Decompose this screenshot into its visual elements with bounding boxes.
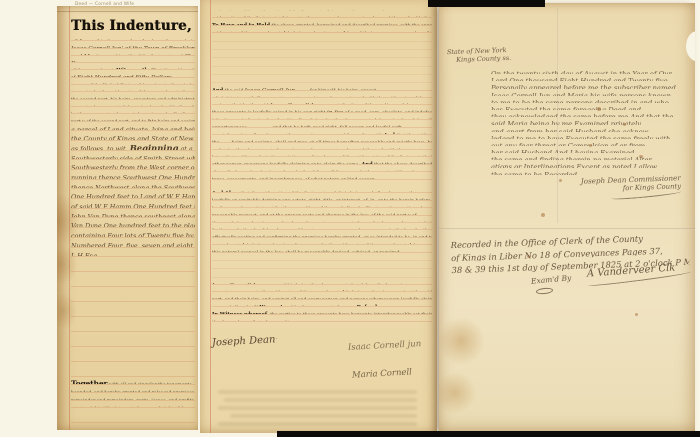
- acknowledgment-page: State of New York Kings County ss. On th…: [439, 3, 695, 431]
- pen-oval-flourish: [536, 287, 554, 295]
- text-line: effectually vesting and confirming the p…: [212, 230, 432, 237]
- text-line: Together with all and singular the tenem…: [71, 377, 195, 385]
- text-line: the County of Kings and State of New Yor: [71, 131, 195, 141]
- deed-page-left: This Indenture, made the Tw of August in…: [57, 6, 198, 430]
- scan-artifact-bar-top: [428, 0, 545, 7]
- text-line: running thence Southwest One Hundred fee…: [71, 170, 195, 180]
- text-line: containing Four lots of Twenty five by O…: [71, 228, 195, 238]
- text-segment: said Maria being by me Examined privatel…: [491, 120, 641, 124]
- text-line: And the said Isaac Cornell Jun —— for hi…: [212, 83, 432, 90]
- foxing-spot: [559, 179, 562, 182]
- text-line: ations or Interlineations Except as note…: [491, 160, 691, 167]
- foxing-spot: [527, 255, 530, 258]
- text-segment: taxes, assessments, and incumbrances, of…: [212, 178, 413, 179]
- text-line: bounded, and hereby granted and released…: [71, 385, 195, 393]
- ink-bleed-mark: [230, 414, 417, 418]
- text-line: said part y of the second part, his heir…: [212, 26, 432, 33]
- text-line: the —— heirs and assigns, shall and may,…: [212, 135, 432, 142]
- text-line: they acknowledged the same before me And…: [491, 110, 691, 117]
- text-line: presents, by the said part y of the seco…: [71, 85, 195, 92]
- ink-bleed-mark: [218, 406, 417, 410]
- text-line: her said Husband And I having Examined: [491, 146, 691, 153]
- text-line: [212, 58, 432, 66]
- text-line: and enjoy the above granted premises, an…: [212, 143, 432, 150]
- text-segment: the day and year first above written.: [212, 321, 297, 322]
- text-line: And Also, that the said parties of the f…: [212, 186, 432, 193]
- text-line: [71, 408, 195, 423]
- signature-maria-cornell: Maria Cornell: [352, 367, 412, 380]
- signature-joseph-dean: Joseph Dean: [212, 334, 276, 348]
- scan-artifact-bar-bottom: [277, 431, 700, 437]
- text-line: of Eight Hundred and Fifty Dollars: [71, 70, 195, 77]
- text-line: and Maria —— his wife of the first part,…: [71, 49, 195, 56]
- text-line: One Hundred feet to Land of W E Hamm th: [71, 189, 195, 199]
- text-line: Isaac Cornell Jun' of the Town of Brookl…: [71, 41, 195, 48]
- foxing-spot: [623, 123, 626, 126]
- text-segment: the same to be Recorded: [491, 171, 577, 175]
- text-segment: ations or Interlineations Except as note…: [491, 163, 657, 167]
- text-line: [212, 261, 432, 269]
- text-line: of said W E Hamm One Hundred feet northe…: [71, 199, 195, 209]
- text-line: clear, discharged and unincumbered, of a…: [212, 165, 432, 172]
- text-line: Personally appeared before me the subscr…: [491, 81, 691, 88]
- text-line: [71, 347, 195, 362]
- text-line: [212, 33, 432, 41]
- text-line: of the second part, Witnesseth, That the…: [71, 63, 195, 70]
- ink-bleed-mark: [218, 422, 417, 426]
- text-line: these presents is lawfully seized in his…: [212, 105, 432, 112]
- indenture-heading: This Indenture, made the Tw: [71, 15, 195, 34]
- text-line: Van Dyne One hundred feet to the place o…: [71, 218, 195, 228]
- text-segment: Personally appeared before me the subscr…: [491, 84, 676, 88]
- foxing-spot: [635, 313, 638, 316]
- ink-bleed-mark: [218, 390, 417, 394]
- foxing-spot: [597, 107, 601, 111]
- text-line: [212, 42, 432, 50]
- text-line: [71, 287, 195, 302]
- torn-edge-notch: [684, 30, 695, 61]
- foxing-spot: [639, 155, 643, 158]
- text-line: reasonable request, and at the proper co…: [212, 208, 432, 215]
- text-line: [71, 302, 195, 317]
- text-line: other person or persons lawfully claimin…: [212, 157, 432, 164]
- text-line: the —— heirs and assigns, make, do, and …: [212, 216, 432, 223]
- ink-bleed-mark: [224, 398, 417, 402]
- text-line: [71, 423, 195, 430]
- text-line: John Van Dyne thence southeast along the…: [71, 209, 195, 219]
- examined-by-label: Exam'd By: [531, 273, 572, 285]
- text-line: ledged to me to have Executed the same f…: [491, 132, 691, 139]
- text-line: Numbered Four, five, seven and eight on …: [71, 238, 195, 248]
- text-line: [212, 75, 432, 83]
- text-line: [71, 317, 195, 332]
- text-line: and apart from her said Husband she ackn…: [491, 125, 691, 132]
- text-line: has Executed the same foregoing Deed and: [491, 103, 691, 110]
- text-line: [212, 67, 432, 75]
- text-line: appurtenances, unto the said part y of t…: [212, 285, 432, 292]
- venue-caption: State of New York Kings County ss.: [447, 46, 512, 64]
- text-line: let, suit, trouble, molestation, evictio…: [212, 150, 432, 157]
- text-line: inheritance, in fee simple, of and in al…: [212, 113, 432, 120]
- text-line: as follows, to wit, Beginning at a: [71, 141, 195, 151]
- text-line: further and other lawful and reasonable …: [212, 223, 432, 230]
- text-line: the second part, his heirs, executors an…: [71, 92, 195, 99]
- text-line: [212, 269, 432, 277]
- text-line: In Witness whereof, the parties to these…: [212, 307, 432, 314]
- text-line: On the twenty sixth day of August in the…: [491, 67, 691, 74]
- text-line: [71, 272, 195, 287]
- fold-line: [57, 11, 198, 12]
- text-line: a parcel of Land situate, lying and bein…: [71, 122, 195, 132]
- foxing-spot: [541, 213, 545, 217]
- text-line: assigns, that he the said Isaac Cornell …: [212, 98, 432, 105]
- text-line: Southwesterly from the West corner of Sm…: [71, 160, 195, 170]
- text-line: [212, 50, 432, 58]
- text-line: L H Esq: [71, 248, 195, 258]
- text-line: [71, 257, 195, 272]
- text-line: said Maria being by me Examined privatel…: [491, 117, 691, 124]
- text-line: money of the United States of America, t…: [71, 78, 195, 85]
- scanned-deed-document: Deed — Cornell and Wife This Indenture, …: [0, 0, 700, 437]
- text-line: taxes, assessments, and incumbrances, of…: [212, 172, 432, 179]
- text-line: said parties of the first part, of, in, …: [212, 11, 432, 18]
- text-line: to me to be the same persons described i…: [491, 96, 691, 103]
- text-line: presents, have granted, bargained, and s…: [71, 100, 195, 107]
- text-line: thence Northwest along the Southwesterly…: [71, 180, 195, 190]
- text-line: Isaac Cornell Jun —— and his heirs, the …: [212, 278, 432, 285]
- text-line: the day and year first above written.: [212, 315, 432, 322]
- acknowledgment-text: On the twenty sixth day of August in the…: [491, 67, 691, 175]
- text-line: lawfully or equitably deriving any estat…: [212, 193, 432, 200]
- text-line: of August in the year of our Lord one th…: [71, 34, 195, 41]
- text-line: this natural counsel in the law, shall b…: [212, 245, 432, 252]
- text-line: [71, 332, 195, 347]
- signature-isaac-cornell: Isaac Cornell jun: [348, 339, 422, 353]
- text-line: estate, right, title, interest, dower an…: [71, 401, 195, 409]
- text-line: part, and their heirs, and against all a…: [212, 292, 432, 299]
- text-line: [71, 362, 195, 377]
- text-segment: Beginning: [130, 143, 179, 151]
- commissioner-signature-block: Joseph Dean Commissioner for Kings Count…: [581, 173, 682, 199]
- text-line: part y of the second part, and to his he…: [71, 114, 195, 121]
- foxing-spot: [589, 144, 592, 147]
- text-line: by these presents, do grant, bargain, an…: [71, 107, 195, 114]
- deed-middle-text: and assigns of the said part ies of the …: [200, 6, 437, 322]
- text-line: To Have and to Hold the above granted, b…: [212, 18, 432, 25]
- text-line: grant, bargain, sell, and convey the sam…: [212, 128, 432, 135]
- text-line: administrators, shall covenant, grant, p…: [212, 91, 432, 98]
- text-line: the same and finding therein no material…: [491, 153, 691, 160]
- text-line: remainder and remainders, rents, issues,…: [71, 393, 195, 401]
- text-line: [212, 253, 432, 261]
- text-line: and assigns of the said part ies of the …: [212, 6, 432, 11]
- text-line: Lord One thousand Eight Hundred and Twen…: [491, 74, 691, 81]
- text-line: appurtenances ————— and that he hath goo…: [212, 120, 432, 127]
- text-line: Dean: [71, 56, 195, 63]
- text-line: Southwesterly side of Smith Street which…: [71, 151, 195, 161]
- this-indenture-blackletter: This Indenture,: [71, 18, 192, 34]
- text-line: second part, his heirs and assigns for e…: [212, 238, 432, 245]
- text-line: by, from, under, or in trust for them or…: [212, 201, 432, 208]
- text-line: Isaac Cornell Jun and Maria his wife per…: [491, 89, 691, 96]
- deed-page-middle: and assigns of the said part ies of the …: [200, 0, 437, 433]
- venue-county: Kings County ss.: [447, 54, 511, 64]
- text-line: same, shall and will Warrant and by thes…: [212, 300, 432, 307]
- deed-left-text: of August in the year of our Lord one th…: [57, 34, 198, 430]
